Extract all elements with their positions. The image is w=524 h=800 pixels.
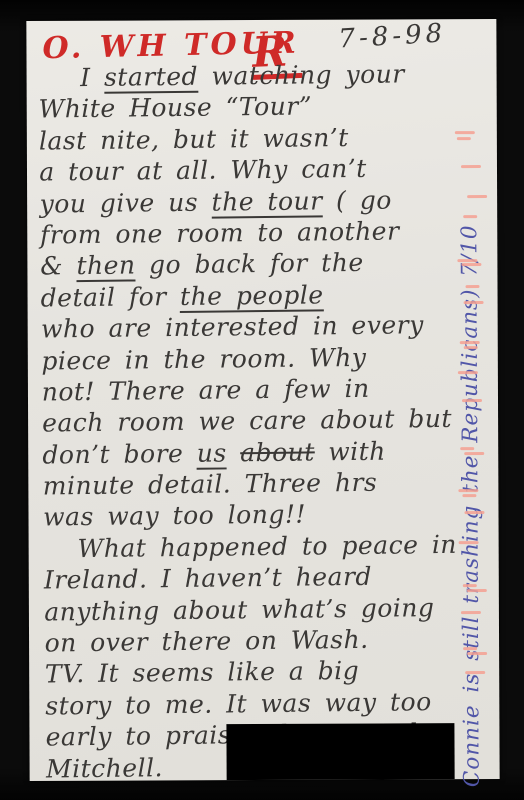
ink-bleed-mark (460, 447, 474, 450)
letter-text-segment: last nite, but it wasn’t (39, 123, 349, 156)
ink-bleed-mark (458, 489, 478, 492)
letter-text-segment (227, 438, 241, 467)
letter-line: TV. It seems like a big (45, 654, 493, 690)
letter-text-segment: detail for (41, 282, 181, 313)
ink-bleed-mark (462, 494, 476, 497)
ink-bleed-mark (458, 371, 478, 374)
letter-line: last nite, but it wasn’t (39, 120, 487, 156)
ink-bleed-mark (466, 285, 480, 288)
letter-text-segment: us (197, 438, 227, 469)
ink-bleed-mark (464, 511, 484, 514)
letter-text-segment: TV. It seems like a big (45, 656, 360, 689)
letter-text-segment: & (40, 251, 77, 280)
letter-line: What happened to peace in (43, 528, 491, 564)
letter-text-segment: anything about what’s going (44, 593, 435, 626)
letter-line: & then go back for the (40, 246, 488, 282)
letter-line: White House “Tour” (38, 89, 486, 125)
ink-bleed-mark (461, 263, 481, 266)
letter-line: story to me. It was way too (45, 685, 493, 721)
letter-text-segment: Ireland. I haven’t heard (44, 562, 372, 595)
ink-bleed-mark (464, 452, 484, 455)
letter-line: who are interested in every (41, 309, 489, 345)
letter-text-segment: who are interested in every (41, 310, 424, 343)
letter-text-segment: each room we care about but (42, 404, 452, 438)
letter-line: piece in the room. Why (41, 340, 489, 376)
letter-text-segment: about (240, 437, 315, 467)
ink-bleed-mark (463, 215, 477, 218)
margin-note-vertical: Connie is still trashing the Republicans… (453, 95, 492, 787)
ink-bleed-mark (457, 259, 477, 262)
letter-text-segment: What happened to peace in (77, 530, 457, 563)
ink-bleed-mark (457, 137, 471, 140)
letter-text-segment: don’t bore (42, 438, 197, 469)
letter-text-segment: Mitchell. (46, 753, 163, 783)
ink-bleed-mark (463, 584, 477, 587)
ink-bleed-mark (459, 541, 479, 544)
ink-bleed-mark (467, 589, 487, 592)
letter-text-segment: go back for the (135, 248, 363, 280)
letter-line: minute detail. Three hrs (43, 466, 491, 502)
letter-text-segment: on over there on Wash. (44, 625, 368, 658)
letter-text-segment: a tour at all. Why can’t (39, 154, 367, 187)
ink-bleed-mark (467, 195, 487, 198)
ink-bleed-mark (464, 301, 484, 304)
letter-line: a tour at all. Why can’t (39, 152, 487, 188)
letter-date: 7-8-98 (338, 18, 447, 54)
ink-bleed-mark (465, 671, 485, 674)
letter-text-segment: ( go (322, 185, 392, 215)
letter-text-segment: then (76, 251, 135, 283)
ink-bleed-mark (455, 131, 475, 134)
scanner-background: O. WH TOUR R 7-8-98 I started watching y… (0, 0, 524, 800)
ink-bleed-mark (463, 647, 477, 650)
letter-text-segment: from one room to another (40, 216, 400, 249)
letter-text-segment: White House “Tour” (38, 92, 312, 124)
redaction-box (226, 723, 454, 780)
letter-text-segment: not! There are a few in (42, 374, 370, 407)
letter-text-segment: piece in the room. Why (41, 342, 366, 375)
ink-bleed-mark (460, 341, 480, 344)
letter-text-segment: the people (180, 280, 324, 313)
letter-text-segment: you give us (39, 187, 211, 218)
letter-text-segment: with (315, 436, 386, 466)
ink-bleed-mark (462, 399, 482, 402)
letter-text-segment: story to me. It was way too (45, 687, 432, 720)
letter-line: not! There are a few in (42, 371, 490, 407)
letter-body: I started watching yourWhite House “Tour… (38, 57, 494, 784)
letter-page: O. WH TOUR R 7-8-98 I started watching y… (26, 19, 499, 781)
ink-bleed-mark (461, 165, 481, 168)
letter-text-segment: the tour (211, 186, 322, 218)
letter-line: don’t bore us about with (42, 434, 490, 470)
letter-text-segment: minute detail. Three hrs (43, 468, 378, 501)
letter-line: I started watching your (38, 57, 486, 93)
letter-line: was way too long!! (43, 497, 491, 533)
ink-bleed-mark (461, 611, 481, 614)
letter-line: each room we care about but (42, 403, 490, 439)
letter-line: anything about what’s going (44, 591, 492, 627)
letter-text-segment: watching your (198, 59, 405, 90)
letter-text-segment: started (104, 62, 198, 94)
ink-bleed-mark (464, 346, 478, 349)
letter-text-segment: I (80, 63, 104, 92)
letter-line: detail for the people (41, 277, 489, 313)
letter-text-segment: was way too long!! (43, 500, 306, 532)
letter-line: Ireland. I haven’t heard (44, 560, 492, 596)
letter-line: from one room to another (40, 214, 488, 250)
ink-bleed-mark (467, 652, 487, 655)
letter-line: you give us the tour ( go (39, 183, 487, 219)
letter-line: on over there on Wash. (44, 622, 492, 658)
